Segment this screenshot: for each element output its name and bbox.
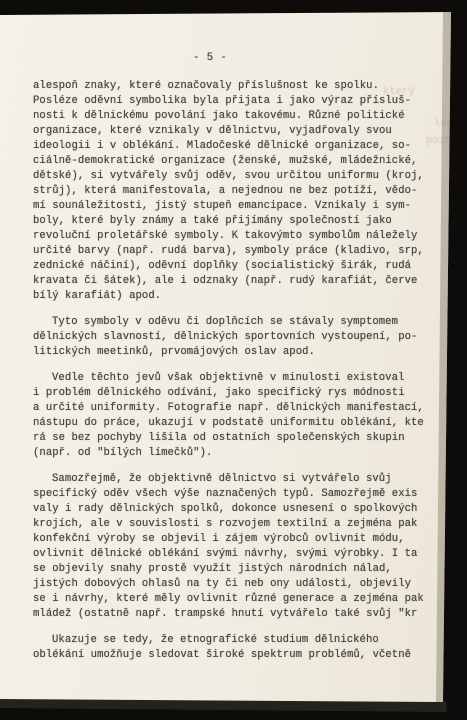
document-page: - 5 - alespoň znaky, které označovaly př…: [0, 0, 467, 720]
ghost-word: který: [383, 86, 415, 98]
scanned-document-photo: - 5 - alespoň znaky, které označovaly př…: [0, 0, 467, 720]
bleed-through-text-layer: kterýladpozná: [0, 0, 467, 720]
